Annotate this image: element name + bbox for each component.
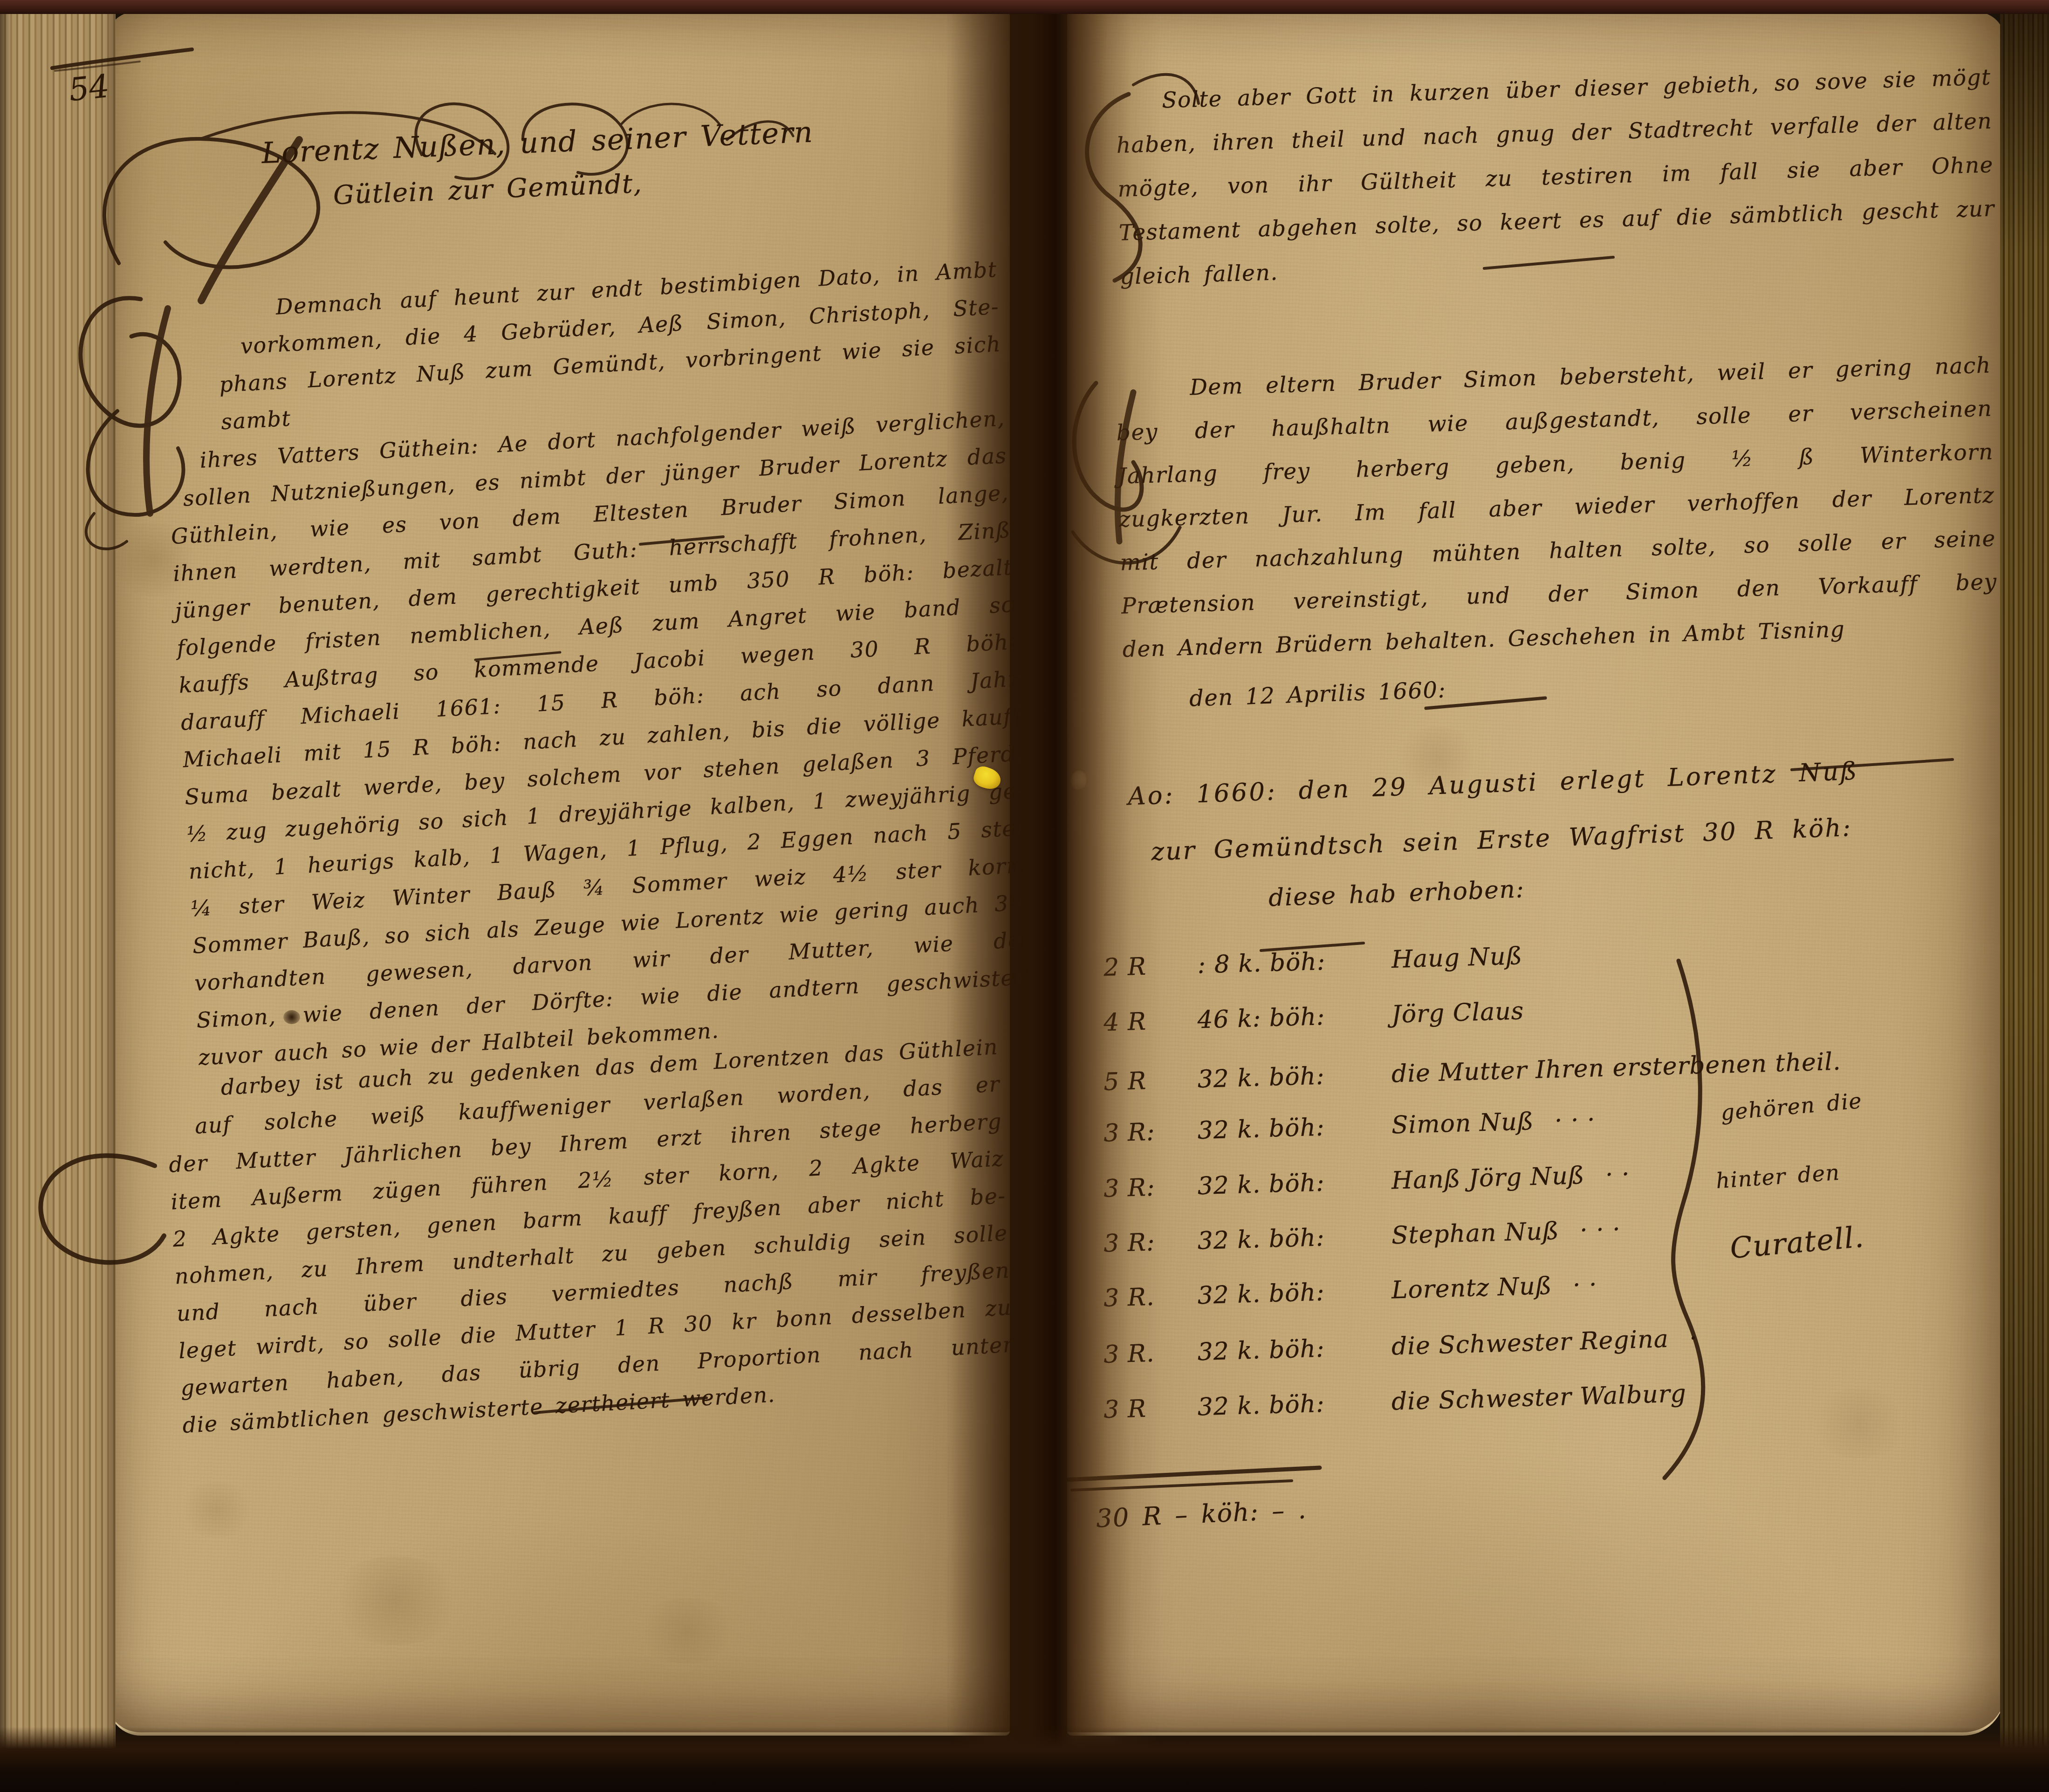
amount-cell: 3 R: [1103,1227,1190,1258]
dot-leader: · · · [1566,1216,1621,1245]
rate-cell: 32 k. böh: [1197,1388,1384,1421]
paper-hole [1070,769,1087,790]
dot-leader [1849,1069,1862,1069]
payee-cell: Haug Nuß [1391,942,1523,974]
payee-cell: Stephan Nuß [1391,1217,1559,1250]
right-paragraph-1: Solte aber Gott in kurzen über dieser ge… [1115,56,1996,299]
amount-cell: 2 R [1103,951,1190,982]
rate-cell: 32 k. böh: [1197,1112,1384,1145]
book-bottom-shadow [0,1727,2049,1792]
book-top-binding [0,0,2049,14]
payee-cell: Lorentz Nuß [1391,1272,1552,1305]
dot-leader [1532,1019,1545,1019]
dot-leader: · · · [1541,1106,1596,1135]
manuscript-book-spread: 54 Lorentz Nußen, und seiner Vettern Güt… [0,0,2049,1792]
rate-cell: 46 k: böh: [1197,1001,1384,1034]
amount-cell: 4 R [1103,1006,1190,1037]
rate-cell: 32 k. böh: [1197,1167,1384,1200]
rate-cell: : 8 k. böh: [1197,946,1384,979]
left-paragraph-2: darbey ist auch zu gedenken das dem Lore… [164,1028,1016,1444]
dot-leader: · [1676,1324,1698,1353]
amount-cell: 3 R [1103,1394,1190,1424]
amount-cell: 3 R. [1103,1282,1190,1313]
right-page-edges [2000,0,2049,1792]
dot-leader: · · [1592,1160,1630,1189]
left-page-edges [0,11,116,1763]
dot-leader [1530,964,1543,964]
dot-leader: · · [1559,1271,1597,1300]
rate-cell: 32 k. böh: [1197,1277,1384,1310]
left-paragraph-1: Demnach auf heunt zur endt bestimbigen D… [158,251,1037,1076]
page-number: 54 [67,68,111,109]
amount-cell: 3 R: [1103,1173,1190,1203]
rate-cell: 32 k. böh: [1197,1060,1384,1094]
payee-cell: Hanß Jörg Nuß [1391,1162,1585,1195]
rate-cell: 32 k. böh: [1197,1222,1384,1255]
right-paragraph-2: Dem eltern Bruder Simon bebersteht, weil… [1115,344,1999,671]
amount-cell: 5 R [1103,1066,1190,1096]
amount-cell: 3 R: [1103,1117,1190,1148]
amount-cell: 3 R. [1103,1339,1190,1369]
payee-cell: Simon Nuß [1391,1108,1534,1140]
dot-leader [1694,1401,1707,1402]
rate-cell: 32 k. böh: [1197,1333,1384,1366]
payee-cell: Jörg Claus [1391,997,1524,1029]
